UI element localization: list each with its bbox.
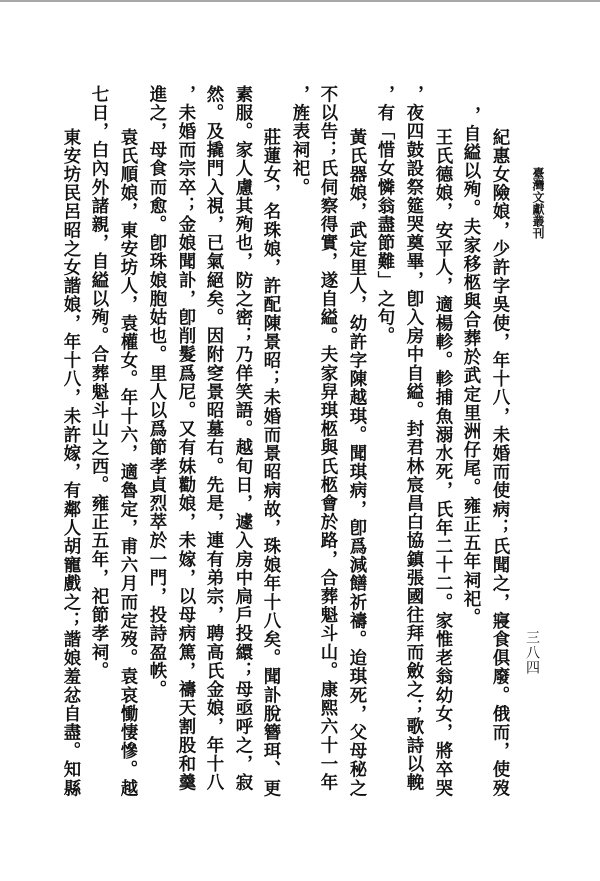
text-column: ，自縊以殉。夫家移柩與合葬於武定里洲仔尾。雍正五年祠祀。 xyxy=(460,106,480,627)
text-column: ，有「惜女憐翁盡節難」之句。 xyxy=(374,85,394,345)
text-column: ，夜四鼓設祭筵哭奠畢，卽入房中自縊。封君林宸昌白協鎮張國往拜而斂之；歌詩以輓 xyxy=(403,85,423,792)
scan-top-border xyxy=(0,0,600,2)
text-column: 東安坊民呂昭之女諧娘，年十八，未許嫁，有鄰人胡寵戲之；諧娘羞忿自盡。知縣 xyxy=(60,128,80,798)
page-number: 三八四 xyxy=(524,630,540,675)
text-column: ，未婚而宗卒；金娘聞訃，卽削髮爲尼。又有妹勸娘，未嫁，以母病篤，禱天割股和羹 xyxy=(175,85,195,792)
text-column: 袁氏順娘，東安坊人，袁權女。年十六，適魯定，甫六月而定歿。袁哀慟悽慘。越 xyxy=(117,128,137,798)
text-column: ，旌表祠祀。 xyxy=(289,85,309,197)
book-page: 臺灣文獻叢刊 三八四 紀惠女險娘，少許字吳使，年十八，未婚而使病；氏聞之，寢食俱… xyxy=(0,0,600,881)
text-column: 然。及撬門入視，已氣絕矣。因附窆景昭墓右。先是，連有弟宗，聘高氏金娘，年十八 xyxy=(203,85,223,792)
text-column: 進之，母食而愈。卽珠娘胞姑也。里人以爲節孝貞烈萃於一門，投詩盈帙。 xyxy=(146,85,166,699)
text-column: 黃氏器娘，武定里人，幼許字陳越琪。聞琪病，卽爲減饍祈禱。迨琪死，父母秘之 xyxy=(346,128,366,798)
text-column: 紀惠女險娘，少許字吳使，年十八，未婚而使病；氏聞之，寢食俱廢。俄而，使歿 xyxy=(489,128,509,798)
text-column: 七日，白內外諸親，自縊以殉。合葬魁斗山之西。雍正五年，祀節孝祠。 xyxy=(88,85,108,680)
text-column: 素服。家人慮其殉也，防之密；乃佯笑語。越旬日，遽入房中扃戶投繯；母亟呼之，寂 xyxy=(232,85,252,792)
text-column: 王氏德娘，安平人，適楊軫。軫捕魚溺水死，氏年二十二。家惟老翁幼女，將卒哭 xyxy=(432,128,452,798)
running-header: 臺灣文獻叢刊 xyxy=(531,167,545,239)
text-column: 莊蓮女，名珠娘，許配陳景昭；未婚而景昭病故，珠娘年十八矣。聞訃脫簪珥、更 xyxy=(260,128,280,798)
text-column: 不以告；氏伺察得實，遂自縊。夫家舁琪柩與氏柩會於路，合葬魁斗山。康熙六十一年 xyxy=(317,85,337,792)
